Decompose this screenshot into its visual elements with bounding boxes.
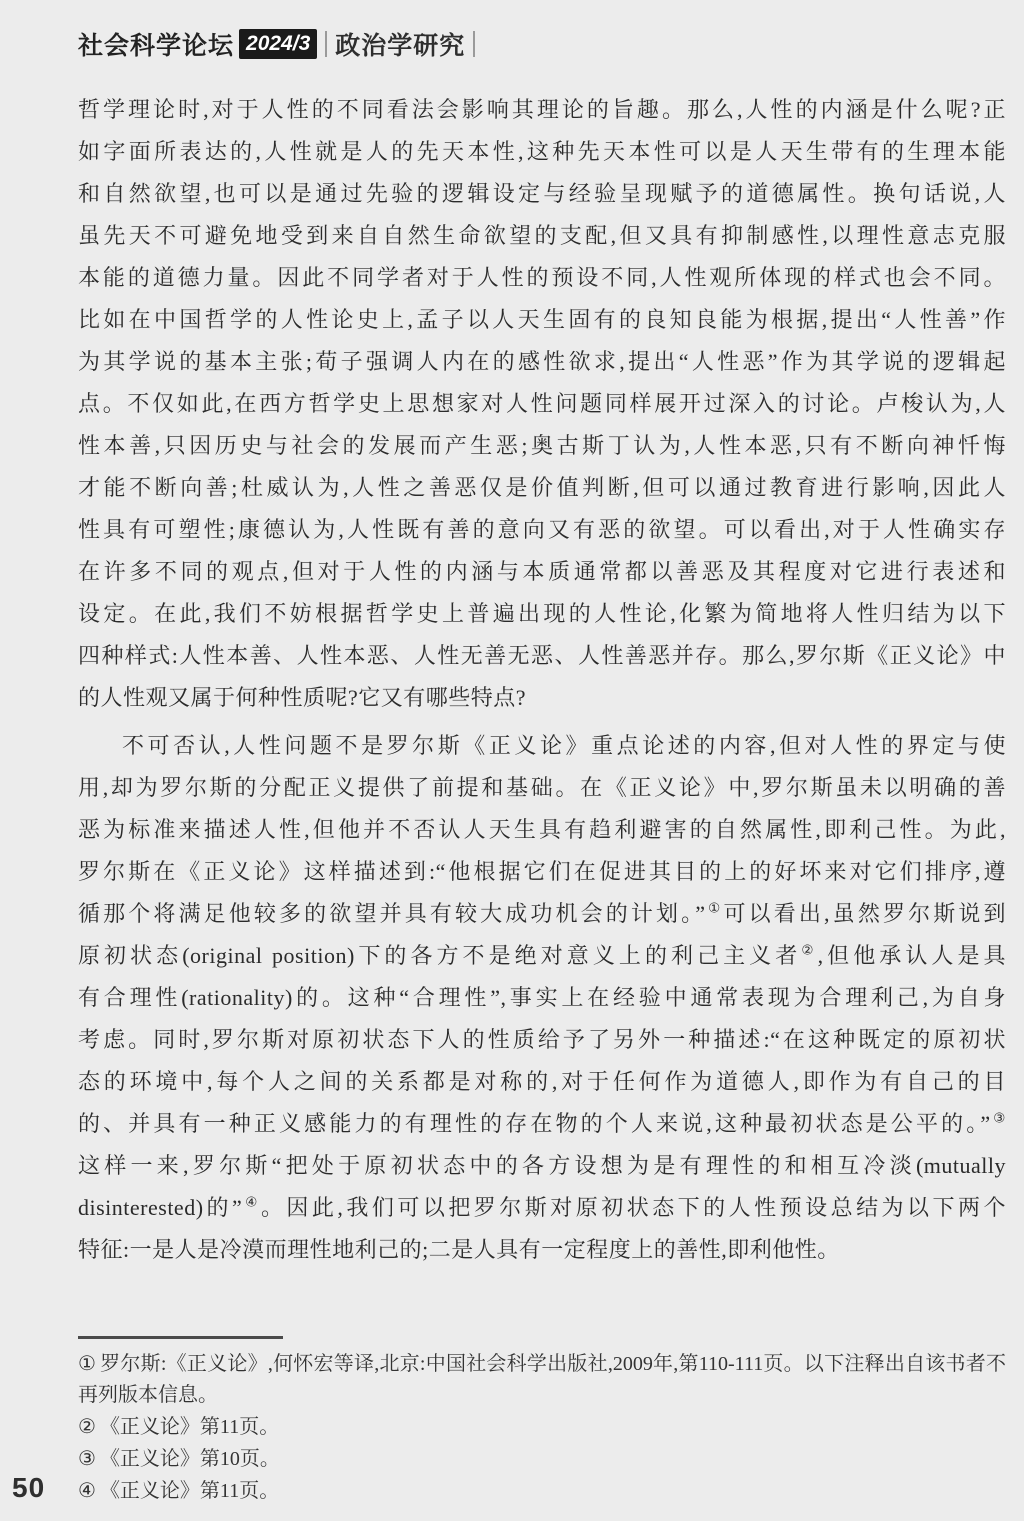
body-line: 不可否认,人性问题不是罗尔斯《正义论》重点论述的内容,但对人性的界定与使	[78, 725, 1006, 767]
footnote-ref: ③	[991, 1111, 1006, 1126]
footnote-marker: ④	[78, 1480, 96, 1502]
body-line: 才能不断向善;杜威认为,人性之善恶仅是价值判断,但可以通过教育进行影响,因此人	[78, 467, 1006, 509]
footnote-separator	[78, 1336, 283, 1339]
footnote-item: ④《正义论》第11页。	[78, 1476, 1006, 1507]
body-line: 罗尔斯在《正义论》这样描述到:“他根据它们在促进其目的上的好坏来对它们排序,遵	[78, 851, 1006, 893]
footnote-marker: ②	[78, 1416, 96, 1438]
body-line: 特征:一是人是冷漠而理性地利己的;二是人具有一定程度上的善性,即利他性。	[78, 1229, 1006, 1271]
body-line: 循那个将满足他较多的欲望并具有较大成功机会的计划。”①可以看出,虽然罗尔斯说到	[78, 893, 1006, 935]
body-line: 为其学说的基本主张;荀子强调人内在的感性欲求,提出“人性恶”作为其学说的逻辑起	[78, 341, 1006, 383]
divider-bar-icon	[473, 31, 475, 57]
journal-page: 社会科学论坛 2024/3 政治学研究 哲学理论时,对于人性的不同看法会影响其理…	[0, 0, 1024, 1521]
footnote-item: ③《正义论》第10页。	[78, 1444, 1006, 1475]
body-line: 的人性观又属于何种性质呢?它又有哪些特点?	[78, 677, 1006, 719]
footnote-ref: ④	[242, 1195, 261, 1210]
footnote-text: 《正义论》第11页。	[100, 1480, 279, 1502]
footnote-item: ①罗尔斯:《正义论》,何怀宏等译,北京:中国社会科学出版社,2009年,第110…	[78, 1349, 1006, 1411]
issue-badge: 2024/3	[239, 29, 317, 59]
footnote-ref: ①	[706, 901, 724, 916]
page-header: 社会科学论坛 2024/3 政治学研究	[78, 28, 1004, 60]
body-line: 和自然欲望,也可以是通过先验的逻辑设定与经验呈现赋予的道德属性。换句话说,人	[78, 173, 1006, 215]
footnote-text: 《正义论》第11页。	[100, 1416, 279, 1438]
paragraph: 不可否认,人性问题不是罗尔斯《正义论》重点论述的内容,但对人性的界定与使用,却为…	[78, 725, 1006, 1271]
body-line: 的、并具有一种正义感能力的有理性的存在物的个人来说,这种最初状态是公平的。”③	[78, 1103, 1006, 1145]
page-number: 50	[12, 1472, 45, 1504]
body-line: 虽先天不可避免地受到来自自然生命欲望的支配,但又具有抑制感性,以理性意志克服	[78, 215, 1006, 257]
divider-bar-icon	[325, 31, 327, 57]
body-line: 本能的道德力量。因此不同学者对于人性的预设不同,人性观所体现的样式也会不同。	[78, 257, 1006, 299]
footnote-text: 《正义论》第10页。	[100, 1448, 280, 1470]
body-line: 如字面所表达的,人性就是人的先天本性,这种先天本性可以是人天生带有的生理本能	[78, 131, 1006, 173]
footnote-ref: ②	[801, 943, 817, 958]
section-title: 政治学研究	[335, 26, 465, 62]
body-line: 性具有可塑性;康德认为,人性既有善的意向又有恶的欲望。可以看出,对于人性确实存	[78, 509, 1006, 551]
body-line: 哲学理论时,对于人性的不同看法会影响其理论的旨趣。那么,人性的内涵是什么呢?正	[78, 89, 1006, 131]
body-line: disinterested)的”④。因此,我们可以把罗尔斯对原初状态下的人性预设…	[78, 1187, 1006, 1229]
body-line: 态的环境中,每个人之间的关系都是对称的,对于任何作为道德人,即作为有自己的目	[78, 1061, 1006, 1103]
body-line: 原初状态(original position)下的各方不是绝对意义上的利己主义者…	[78, 935, 1006, 977]
footnote-marker: ①	[78, 1353, 96, 1375]
body-line: 考虑。同时,罗尔斯对原初状态下人的性质给予了另外一种描述:“在这种既定的原初状	[78, 1019, 1006, 1061]
body-line: 恶为标准来描述人性,但他并不否认人天生具有趋利避害的自然属性,即利己性。为此,	[78, 809, 1006, 851]
footnote-marker: ③	[78, 1448, 96, 1470]
article-body: 哲学理论时,对于人性的不同看法会影响其理论的旨趣。那么,人性的内涵是什么呢?正如…	[78, 89, 1006, 1271]
journal-title: 社会科学论坛	[78, 26, 234, 62]
body-line: 设定。在此,我们不妨根据哲学史上普遍出现的人性论,化繁为简地将人性归结为以下	[78, 593, 1006, 635]
body-line: 有合理性(rationality)的。这种“合理性”,事实上在经验中通常表现为合…	[78, 977, 1006, 1019]
paragraph: 哲学理论时,对于人性的不同看法会影响其理论的旨趣。那么,人性的内涵是什么呢?正如…	[78, 89, 1006, 719]
footnote-item: ②《正义论》第11页。	[78, 1412, 1006, 1443]
footnote-list: ①罗尔斯:《正义论》,何怀宏等译,北京:中国社会科学出版社,2009年,第110…	[78, 1349, 1006, 1508]
body-line: 用,却为罗尔斯的分配正义提供了前提和基础。在《正义论》中,罗尔斯虽未以明确的善	[78, 767, 1006, 809]
body-line: 点。不仅如此,在西方哲学史上思想家对人性问题同样展开过深入的讨论。卢梭认为,人	[78, 383, 1006, 425]
body-line: 这样一来,罗尔斯“把处于原初状态中的各方设想为是有理性的和相互冷淡(mutual…	[78, 1145, 1006, 1187]
footnote-text: 罗尔斯:《正义论》,何怀宏等译,北京:中国社会科学出版社,2009年,第110-…	[78, 1353, 1006, 1406]
body-line: 四种样式:人性本善、人性本恶、人性无善无恶、人性善恶并存。那么,罗尔斯《正义论》…	[78, 635, 1006, 677]
body-line: 性本善,只因历史与社会的发展而产生恶;奥古斯丁认为,人性本恶,只有不断向神忏悔	[78, 425, 1006, 467]
body-line: 比如在中国哲学的人性论史上,孟子以人天生固有的良知良能为根据,提出“人性善”作	[78, 299, 1006, 341]
body-line: 在许多不同的观点,但对于人性的内涵与本质通常都以善恶及其程度对它进行表述和	[78, 551, 1006, 593]
